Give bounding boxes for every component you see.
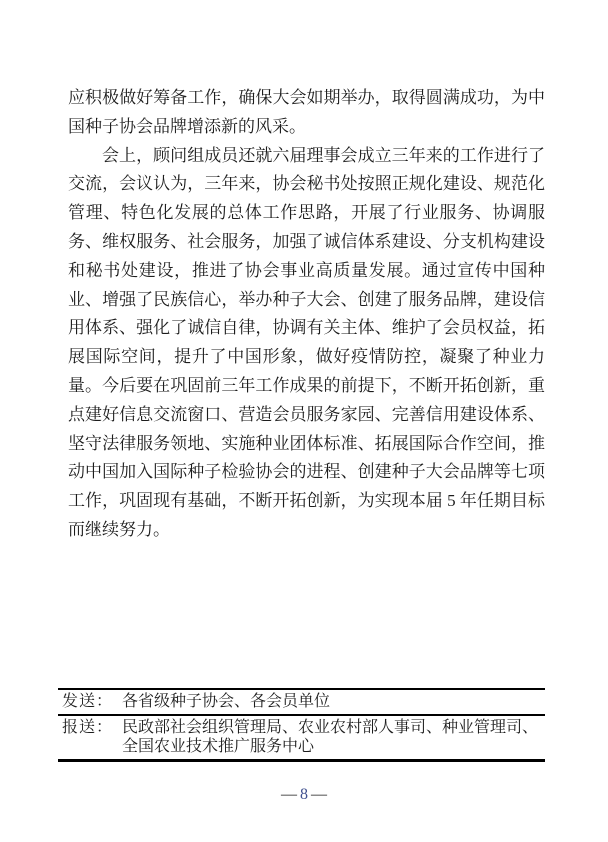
page-number-value: 8: [300, 786, 308, 803]
distribution-row-send: 发送： 各省级种子协会、各会员单位: [58, 690, 545, 714]
distribution-content-send: 各省级种子协会、各会员单位: [122, 692, 545, 712]
page-number-dash-right: —: [311, 786, 327, 803]
distribution-label-report: 报送：: [62, 718, 122, 738]
distribution-row-report: 报送： 民政部社会组织管理局、农业农村部人事司、种业管理司、全国农业技术推广服务…: [58, 714, 545, 759]
page-number: —8—: [0, 786, 608, 804]
paragraph-meeting-summary: 会上，顾问组成员还就六届理事会成立三年来的工作进行了交流，会议认为，三年来，协会…: [68, 142, 545, 545]
paragraph-continuation: 应积极做好筹备工作，确保大会如期举办，取得圆满成功，为中国种子协会品牌增添新的风…: [68, 84, 545, 142]
body-text: 应积极做好筹备工作，确保大会如期举办，取得圆满成功，为中国种子协会品牌增添新的风…: [68, 84, 545, 545]
distribution-block: 发送： 各省级种子协会、各会员单位 报送： 民政部社会组织管理局、农业农村部人事…: [58, 688, 545, 762]
distribution-label-send: 发送：: [62, 692, 122, 712]
document-page: 应积极做好筹备工作，确保大会如期举办，取得圆满成功，为中国种子协会品牌增添新的风…: [0, 0, 608, 842]
page-number-dash-left: —: [281, 786, 297, 803]
distribution-content-report: 民政部社会组织管理局、农业农村部人事司、种业管理司、全国农业技术推广服务中心: [122, 718, 545, 757]
